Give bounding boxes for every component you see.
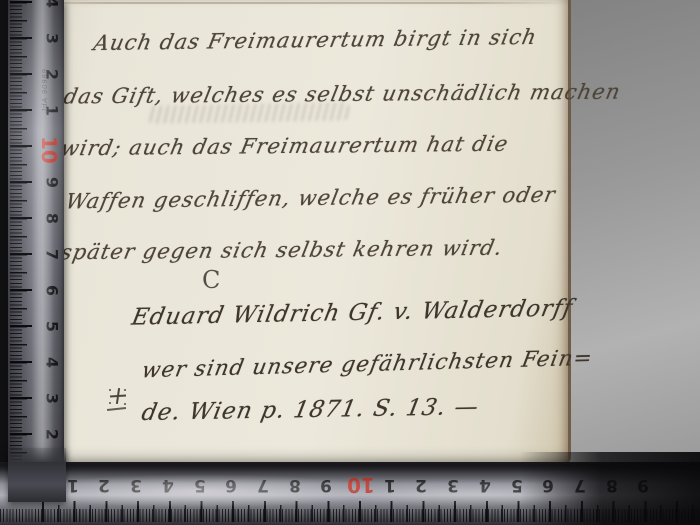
bottom-ruler-number: 1 (378, 475, 402, 495)
left-ruler-number: 2 (43, 65, 62, 85)
left-ruler-number: 2 (43, 425, 62, 445)
left-ruler-number: 5 (43, 317, 62, 337)
left-ruler-number: 1 (43, 101, 62, 121)
handwritten-line: Waffen geschliffen, welche es früher ode… (64, 183, 558, 214)
ink-bleed-smudge (146, 102, 351, 124)
left-ruler-number: 4 (43, 0, 62, 13)
bottom-ruler-number: 2 (92, 475, 116, 495)
pencil-letter-c: C (202, 266, 220, 294)
left-ruler-number: 3 (43, 389, 62, 409)
bottom-ruler-number: 3 (441, 475, 465, 495)
bottom-ruler-number: 10 (346, 473, 376, 497)
pencil-cross-mark (108, 388, 128, 412)
bottom-ruler-number: 4 (156, 475, 180, 495)
bottom-ruler-number: 3 (124, 475, 148, 495)
bottom-ruler-number: 5 (188, 475, 212, 495)
left-ruler-number: 7 (43, 245, 62, 265)
handwritten-line: später gegen sich selbst kehren wird. (59, 236, 506, 265)
left-ruler-halfcm-ticks (10, 2, 27, 502)
handwritten-line: Auch das Freimaurertum birgt in sich (92, 25, 540, 55)
left-ruler-number: 8 (43, 209, 62, 229)
handwritten-line: Eduard Wildrich Gf. v. Walderdorff (130, 295, 576, 330)
grey-backdrop (552, 0, 700, 462)
bottom-ruler-number: 2 (409, 475, 433, 495)
handwritten-line: wer sind unsere gefährlichsten Fein= (140, 346, 595, 384)
pencil-cross-underline (107, 407, 126, 411)
left-ruler-number: 6 (43, 281, 62, 301)
bottom-ruler-number: 9 (314, 475, 338, 495)
pencil-cross-dots (109, 389, 111, 391)
handwritten-line: de. Wien p. 1871. S. 13. — (139, 394, 481, 426)
photo-stage: C Auch das Freimaurertum birgt in sichda… (0, 0, 700, 525)
bottom-ruler-number: 7 (251, 475, 275, 495)
left-ruler-cm-ticks (10, 1, 32, 502)
left-ruler-number: 3 (43, 29, 62, 49)
bottom-ruler-number: 6 (219, 475, 243, 495)
left-ruler-number: 4 (43, 353, 62, 373)
handwritten-line: wird; auch das Freimaurertum hat die (59, 132, 511, 161)
bottom-ruler-number: 4 (473, 475, 497, 495)
manuscript-page: C Auch das Freimaurertum birgt in sichda… (6, 0, 571, 464)
left-ruler: JdA 90969 123456789101234 (8, 0, 64, 502)
left-ruler-number: 9 (43, 173, 62, 193)
ruler-corner-endcap (8, 448, 66, 502)
corner-shadow (520, 452, 700, 525)
bottom-ruler-number: 8 (283, 475, 307, 495)
left-ruler-number: 10 (37, 136, 61, 162)
left-ruler-mm-ticks (10, 2, 22, 502)
